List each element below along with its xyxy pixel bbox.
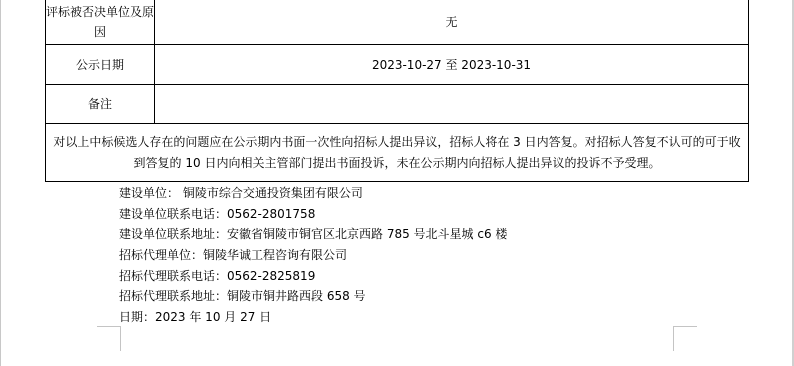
table-row-objection-notice: 对以上中标候选人存在的问题应在公示期内书面一次性向招标人提出异议，招标人将在 3… [46, 124, 749, 182]
row-value: 2023-10-27 至 2023-10-31 [155, 45, 749, 85]
contact-info-block: 建设单位： 铜陵市综合交通投资集团有限公司 建设单位联系电话：0562-2801… [119, 183, 507, 328]
info-key: 招标代理联系地址： [119, 289, 227, 303]
table-row-publicity-date: 公示日期 2023-10-27 至 2023-10-31 [46, 45, 749, 85]
info-owner-address: 建设单位联系地址：安徽省铜陵市铜官区北京西路 785 号北斗星城 c6 楼 [119, 224, 507, 245]
margin-corner-mark-right-v [673, 326, 674, 351]
table-row-rejected-bidders: 评标被否决单位及原因 无 [46, 0, 749, 45]
info-agency-unit: 招标代理单位：铜陵华诚工程咨询有限公司 [119, 245, 507, 266]
info-key: 建设单位联系电话： [119, 207, 227, 221]
info-date: 日期：2023 年 10 月 27 日 [119, 307, 507, 328]
info-key: 建设单位： [119, 186, 179, 200]
row-value [155, 85, 749, 124]
margin-corner-mark-left-h [97, 326, 121, 327]
info-agency-address: 招标代理联系地址：铜陵市铜井路西段 658 号 [119, 286, 507, 307]
info-key: 招标代理单位： [119, 248, 203, 262]
notice-table: 评标被否决单位及原因 无 公示日期 2023-10-27 至 2023-10-3… [45, 0, 749, 182]
row-label: 备注 [46, 85, 155, 124]
table-row-remarks: 备注 [46, 85, 749, 124]
objection-notice-text: 对以上中标候选人存在的问题应在公示期内书面一次性向招标人提出异议，招标人将在 3… [46, 124, 749, 182]
margin-corner-mark-left-v [120, 326, 121, 351]
info-agency-phone: 招标代理联系电话：0562-2825819 [119, 266, 507, 287]
info-key: 建设单位联系地址： [119, 227, 227, 241]
info-key: 日期： [119, 310, 155, 324]
info-value: 0562-2825819 [227, 269, 315, 283]
page-edge-left [0, 0, 1, 366]
row-label: 评标被否决单位及原因 [46, 0, 155, 45]
info-value: 2023 年 10 月 27 日 [155, 310, 271, 324]
row-label: 公示日期 [46, 45, 155, 85]
info-value: 铜陵华诚工程咨询有限公司 [203, 248, 347, 262]
margin-corner-mark-right-h [673, 326, 697, 327]
info-key: 招标代理联系电话： [119, 269, 227, 283]
info-value: 铜陵市综合交通投资集团有限公司 [179, 186, 363, 200]
info-value: 铜陵市铜井路西段 658 号 [227, 289, 366, 303]
info-value: 安徽省铜陵市铜官区北京西路 785 号北斗星城 c6 楼 [227, 227, 507, 241]
info-owner-phone: 建设单位联系电话：0562-2801758 [119, 204, 507, 225]
info-owner-unit: 建设单位： 铜陵市综合交通投资集团有限公司 [119, 183, 507, 204]
row-value: 无 [155, 0, 749, 45]
info-value: 0562-2801758 [227, 207, 315, 221]
